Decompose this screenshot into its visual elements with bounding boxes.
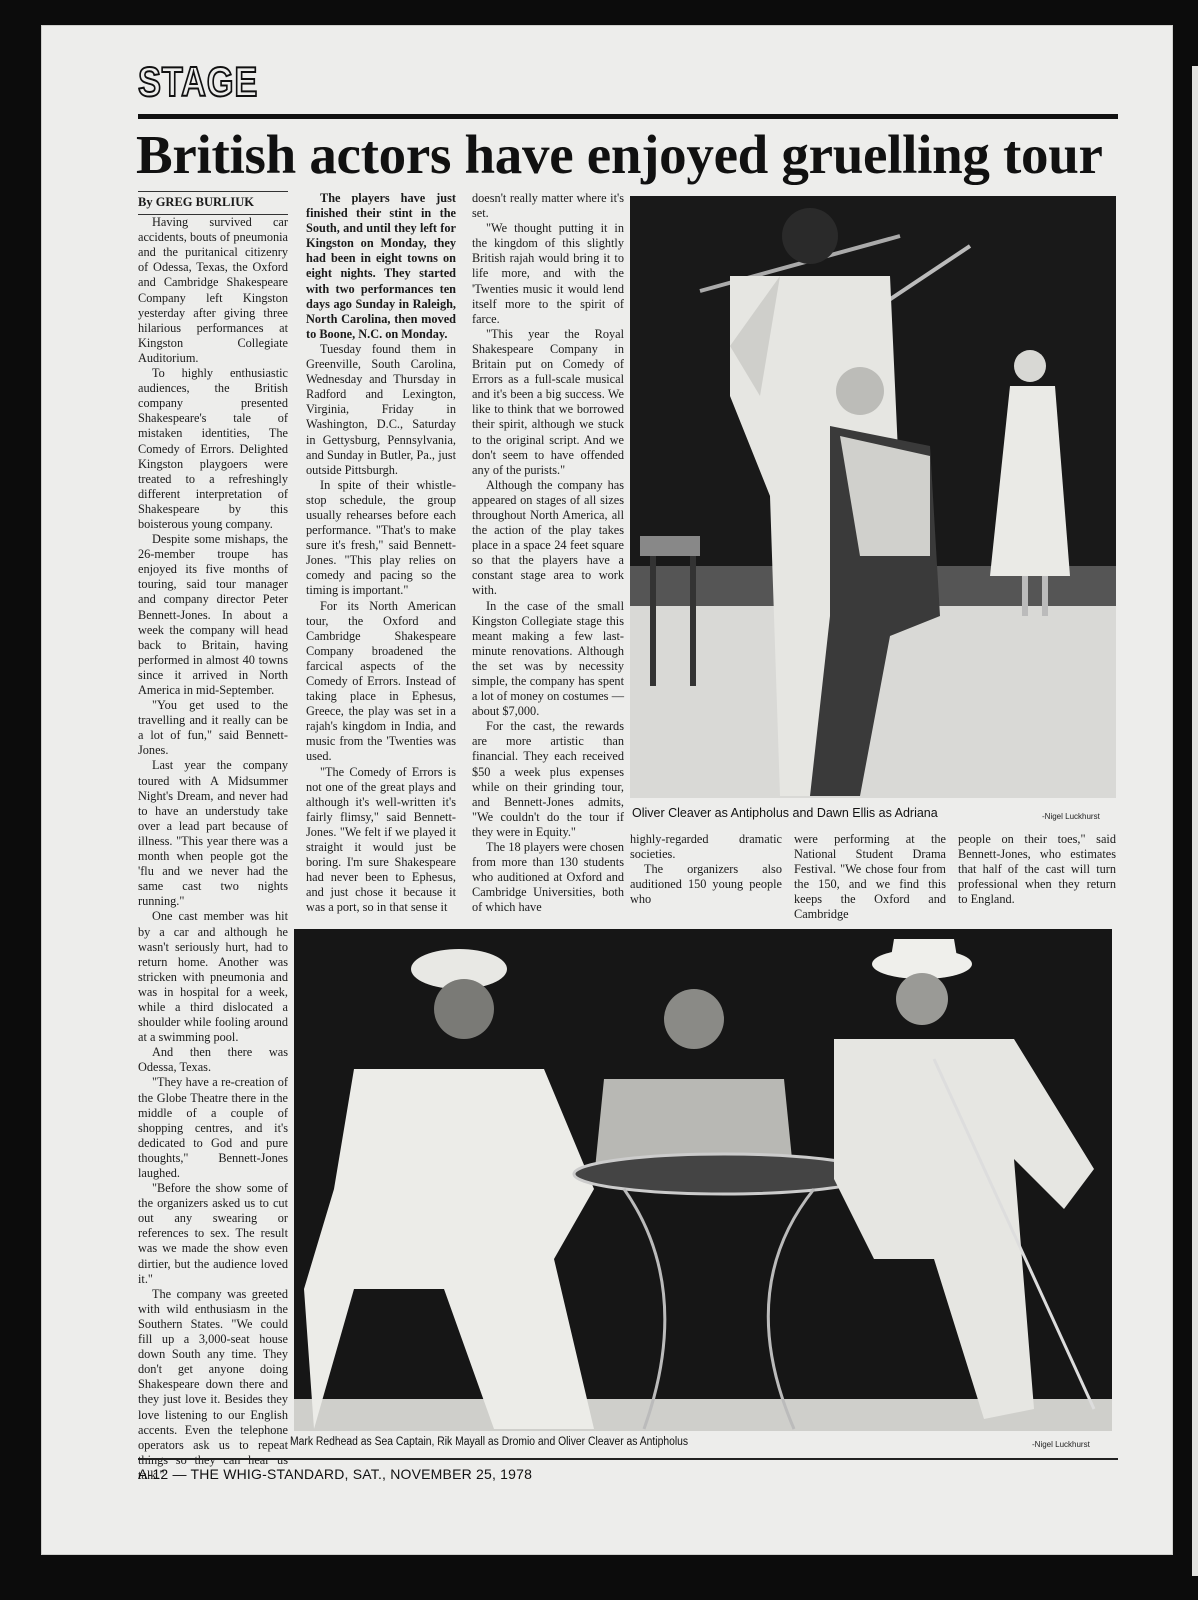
page-folio: A-12 — THE WHIG-STANDARD, SAT., NOVEMBER… [138,1466,532,1482]
stage-photo-illustration [630,196,1116,798]
paragraph: "Before the show some of the organizers … [138,1181,288,1287]
section-kicker: STAGE [138,58,258,106]
headline: British actors have enjoyed gruelling to… [136,122,1136,188]
paragraph: highly-regarded dramatic societies. [630,832,782,862]
paragraph: people on their toes," said Bennett-Jone… [958,832,1116,907]
paragraph: The company was greeted with wild enthus… [138,1287,288,1483]
paragraph: The 18 players were chosen from more tha… [472,840,624,915]
article-subcolumn-1: highly-regarded dramatic societies. The … [630,832,782,907]
article-column-2: The players have just finished their sti… [306,191,456,916]
paragraph: Although the company has appeared on sta… [472,478,624,599]
paragraph: "The Comedy of Errors is not one of the … [306,765,456,916]
paragraph: "You get used to the travelling and it r… [138,698,288,758]
page-edge [1192,66,1198,1576]
paragraph: One cast member was hit by a car and alt… [138,909,288,1045]
photo-antipholus-adriana [630,196,1116,798]
paragraph: For its North American tour, the Oxford … [306,599,456,765]
photo-credit: -Nigel Luckhurst [1042,812,1100,821]
paragraph: In spite of their whistle-stop schedule,… [306,478,456,599]
article-column-3: doesn't really matter where it's set. "W… [472,191,624,916]
photo-caption: Oliver Cleaver as Antipholus and Dawn El… [632,806,938,820]
cafe-table-photo-illustration [294,929,1112,1431]
paragraph: And then there was Odessa, Texas. [138,1045,288,1075]
paragraph: The organizers also auditioned 150 young… [630,862,782,907]
photo-credit: -Nigel Luckhurst [1032,1440,1090,1449]
paragraph: Despite some mishaps, the 26-member trou… [138,532,288,698]
photo-caption: Mark Redhead as Sea Captain, Rik Mayall … [290,1436,688,1448]
footer-rule [138,1458,1118,1460]
byline: By GREG BURLIUK [138,191,288,215]
paragraph: "We thought putting it in the kingdom of… [472,221,624,327]
article-column-1: By GREG BURLIUK Having survived car acci… [138,191,288,1483]
paragraph: For the cast, the rewards are more artis… [472,719,624,840]
paragraph: were performing at the National Student … [794,832,946,923]
paragraph: "This year the Royal Shakespeare Company… [472,327,624,478]
paragraph: Having survived car accidents, bouts of … [138,215,288,366]
paragraph: The players have just finished their sti… [306,191,456,342]
photo-sea-captain-dromio-antipholus [294,929,1112,1431]
article-subcolumn-3: people on their toes," said Bennett-Jone… [958,832,1116,907]
paragraph: Last year the company toured with A Mids… [138,758,288,909]
paragraph: doesn't really matter where it's set. [472,191,624,221]
article-subcolumn-2: were performing at the National Student … [794,832,946,923]
section-rule [138,114,1118,119]
paragraph: Tuesday found them in Greenville, South … [306,342,456,478]
paragraph: In the case of the small Kingston Colleg… [472,599,624,720]
paragraph: "They have a re-creation of the Globe Th… [138,1075,288,1181]
newspaper-page: STAGE British actors have enjoyed gruell… [42,26,1172,1554]
paragraph: To highly enthusiastic audiences, the Br… [138,366,288,532]
